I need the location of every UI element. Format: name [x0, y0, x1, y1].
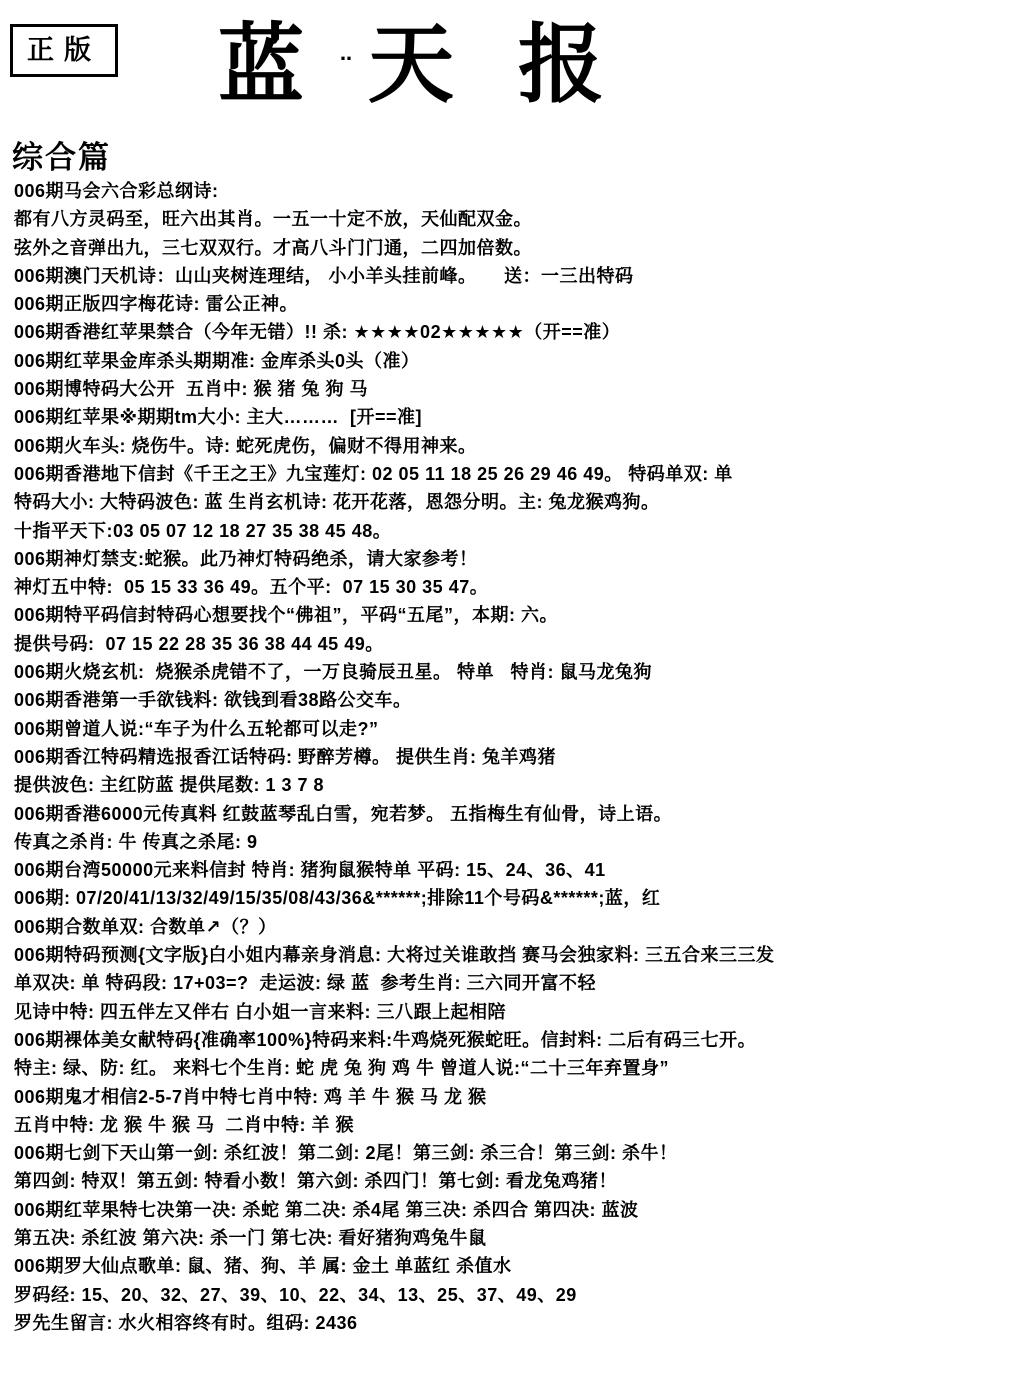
text-line-8: 006期博特码大公开 五肖中: 猴 猪 兔 狗 马 — [14, 375, 1004, 403]
text-line-3: 弦外之音弹出九，三七双双行。才高八斗门门通，二四加倍数。 — [14, 234, 1004, 262]
text-line-2: 都有八方灵码至，旺六出其肖。一五一十定不放，天仙配双金。 — [14, 205, 1004, 233]
text-line-26: 006期: 07/20/41/13/32/49/15/35/08/43/36&*… — [14, 884, 1004, 912]
text-line-29: 单双决: 单 特码段: 17+03=? 走运波: 绿 蓝 参考生肖: 三六同开富… — [14, 969, 1004, 997]
text-line-40: 罗码经: 15、20、32、27、39、10、22、34、13、25、37、49… — [14, 1281, 1004, 1309]
text-line-16: 006期特平码信封特码心想要找个“佛祖”，平码“五尾”，本期: 六。 — [14, 601, 1004, 629]
text-line-19: 006期香港第一手欲钱料: 欲钱到看38路公交车。 — [14, 686, 1004, 714]
text-line-9: 006期红苹果※期期tm大小: 主大……… [开==准] — [14, 403, 1004, 431]
text-line-5: 006期正版四字梅花诗: 雷公正神。 — [14, 290, 1004, 318]
masthead-title-char-3: 报 — [518, 18, 604, 113]
edition-stamp-box: 正版 — [10, 24, 118, 77]
text-line-21: 006期香江特码精选报香江话特码: 野醉芳樽。 提供生肖: 兔羊鸡猪 — [14, 743, 1004, 771]
text-line-36: 第四剑: 特双！第五剑: 特看小数！第六剑: 杀四门！第七剑: 看龙兔鸡猪！ — [14, 1167, 1004, 1195]
text-line-34: 五肖中特: 龙 猴 牛 猴 马 二肖中特: 羊 猴 — [14, 1111, 1004, 1139]
text-line-11: 006期香港地下信封《千王之王》九宝莲灯: 02 05 11 18 25 26 … — [14, 460, 1004, 488]
text-line-13: 十指平天下:03 05 07 12 18 27 35 38 45 48。 — [14, 517, 1004, 545]
text-line-22: 提供波色: 主红防蓝 提供尾数: 1 3 7 8 — [14, 771, 1004, 799]
text-line-37: 006期红苹果特七决第一决: 杀蛇 第二决: 杀4尾 第三决: 杀四合 第四决:… — [14, 1196, 1004, 1224]
text-line-33: 006期鬼才相信2-5-7肖中特七肖中特: 鸡 羊 牛 猴 马 龙 猴 — [14, 1083, 1004, 1111]
text-line-1: 006期马会六合彩总纲诗: — [14, 177, 1004, 205]
masthead-title-char-2: 天 — [368, 18, 454, 113]
text-line-25: 006期台湾50000元来料信封 特肖: 猪狗鼠猴特单 平码: 15、24、36… — [14, 856, 1004, 884]
text-line-23: 006期香港6000元传真料 红鼓蓝琴乱白雪，宛若梦。 五指梅生有仙骨，诗上语。 — [14, 800, 1004, 828]
section-title: 综合篇 — [12, 132, 111, 177]
text-line-6: 006期香港红苹果禁合（今年无错）!! 杀: ★★★★02★★★★★（开==准） — [14, 318, 1004, 346]
edition-label: 正版 — [27, 35, 101, 65]
text-line-38: 第五决: 杀红波 第六决: 杀一门 第七决: 看好猪狗鸡兔牛鼠 — [14, 1224, 1004, 1252]
text-line-28: 006期特码预测{文字版}白小姐内幕亲身消息: 大将过关谁敢挡 赛马会独家料: … — [14, 941, 1004, 969]
content-lines: 006期马会六合彩总纲诗:都有八方灵码至，旺六出其肖。一五一十定不放，天仙配双金… — [14, 177, 1004, 1337]
text-line-15: 神灯五中特: 05 15 33 36 49。五个平: 07 15 30 35 4… — [14, 573, 1004, 601]
text-line-7: 006期红苹果金库杀头期期准: 金库杀头0头（准） — [14, 347, 1004, 375]
text-line-20: 006期曾道人说:“车子为什么五轮都可以走?” — [14, 715, 1004, 743]
masthead-dots-mark: ‥ — [340, 44, 355, 65]
text-line-14: 006期神灯禁支:蛇猴。此乃神灯特码绝杀，请大家参考！ — [14, 545, 1004, 573]
masthead-title: 蓝 天 报 — [218, 18, 604, 113]
text-line-35: 006期七剑下天山第一剑: 杀红波！第二剑: 2尾！第三剑: 杀三合！第三剑: … — [14, 1139, 1004, 1167]
text-line-39: 006期罗大仙点歌单: 鼠、猪、狗、羊 属: 金土 单蓝红 杀值水 — [14, 1252, 1004, 1280]
text-line-18: 006期火烧玄机: 烧猴杀虎错不了，一万良骑辰丑星。 特单 特肖: 鼠马龙兔狗 — [14, 658, 1004, 686]
text-line-17: 提供号码: 07 15 22 28 35 36 38 44 45 49。 — [14, 630, 1004, 658]
text-line-30: 见诗中特: 四五伴左又伴右 白小姐一言来料: 三八跟上起相陪 — [14, 998, 1004, 1026]
lottery-tip-sheet-page: 正版 蓝 天 报 ‥ 综合篇 006期马会六合彩总纲诗:都有八方灵码至，旺六出其… — [0, 0, 1013, 1388]
text-line-31: 006期裸体美女献特码{准确率100%}特码来料:牛鸡烧死猴蛇旺。信封料: 二后… — [14, 1026, 1004, 1054]
text-line-12: 特码大小: 大特码波色: 蓝 生肖玄机诗: 花开花落，恩怨分明。主: 兔龙猴鸡狗… — [14, 488, 1004, 516]
text-line-24: 传真之杀肖: 牛 传真之杀尾: 9 — [14, 828, 1004, 856]
text-line-4: 006期澳门天机诗：山山夹树连理结， 小小羊头挂前峰。 送：一三出特码 — [14, 262, 1004, 290]
masthead-title-char-1: 蓝 — [218, 18, 304, 113]
text-line-41: 罗先生留言: 水火相容终有时。组码: 2436 — [14, 1309, 1004, 1337]
text-line-32: 特主: 绿、防: 红。 来料七个生肖: 蛇 虎 兔 狗 鸡 牛 曾道人说:“二十… — [14, 1054, 1004, 1082]
text-line-10: 006期火车头: 烧伤牛。诗: 蛇死虎伤，偏财不得用神来。 — [14, 432, 1004, 460]
text-line-27: 006期合数单双: 合数单↗（？） — [14, 913, 1004, 941]
